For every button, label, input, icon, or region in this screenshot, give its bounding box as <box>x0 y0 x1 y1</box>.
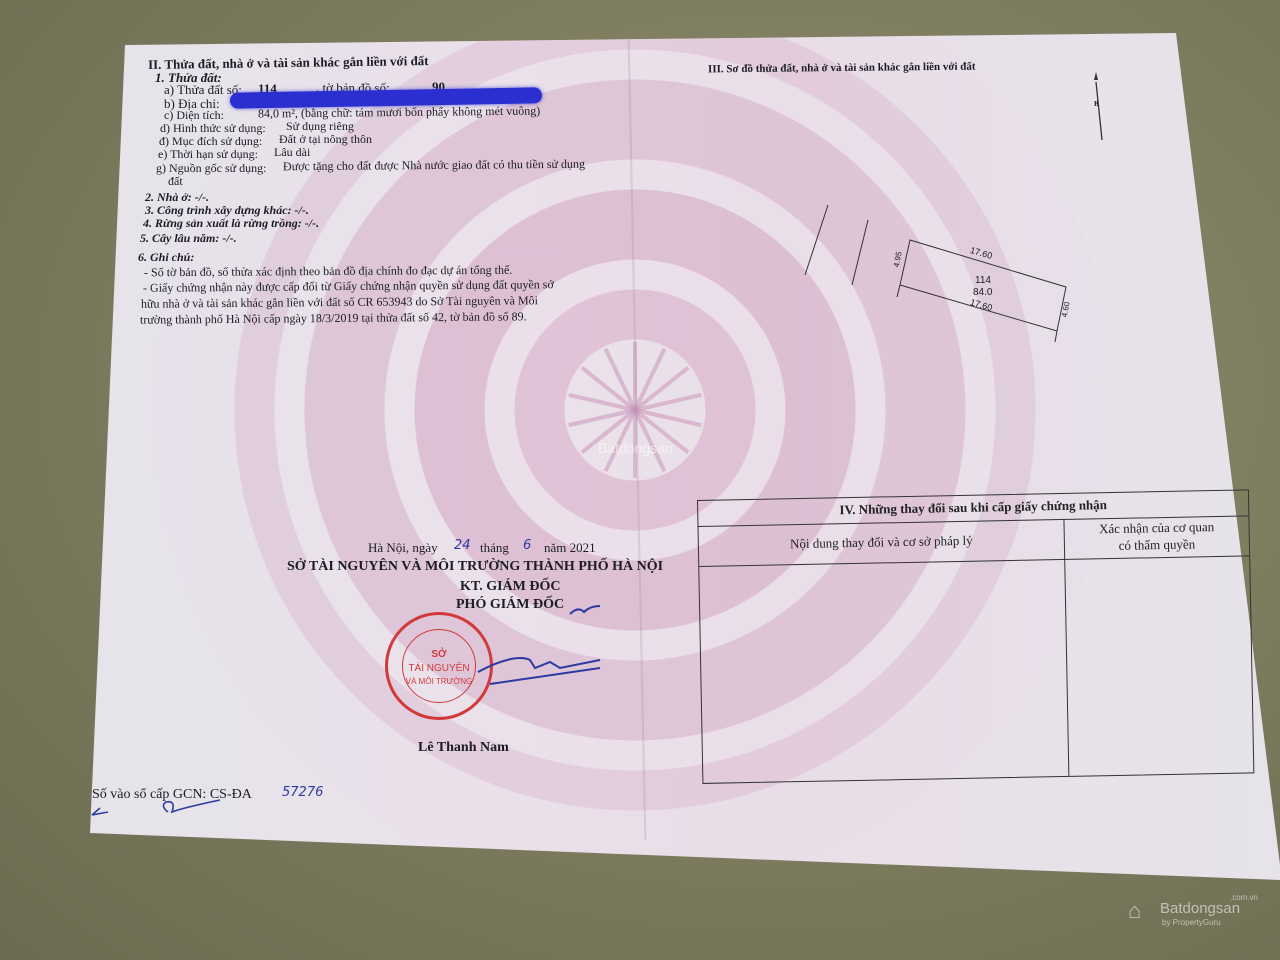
plot-parcel-no: 114 <box>975 275 991 286</box>
watermark-sub: by PropertyGuru <box>1162 918 1221 927</box>
registry-label: Số vào sổ cấp GCN: CS-ĐA <box>92 787 252 803</box>
col-header-confirm-line2: có thẩm quyền <box>1065 534 1249 555</box>
north-label: B <box>1094 100 1099 108</box>
plot-area: 84.0 <box>973 287 992 298</box>
ink-signature-and-plot <box>0 0 1280 960</box>
col-header-confirm: Xác nhận của cơ quan có thẩm quyền <box>1064 517 1249 555</box>
handwritten-tick <box>92 808 108 815</box>
center-watermark: Batdongsan <box>598 440 673 456</box>
north-arrow <box>1096 82 1102 140</box>
batdongsan-logo-icon: ⌂ <box>1128 898 1141 924</box>
signer-name: Lê Thanh Nam <box>418 740 509 756</box>
registry-number-handwritten: 57276 <box>282 785 323 800</box>
signature-mark <box>478 606 600 684</box>
col-header-changes: Nội dung thay đổi và cơ sở pháp lý <box>699 531 1064 554</box>
certificate-photo: II. Thửa đất, nhà ở và tài sản khác gắn … <box>0 0 1280 960</box>
watermark-brand: Batdongsan <box>1160 900 1240 917</box>
changes-table: IV. Những thay đổi sau khi cấp giấy chứn… <box>697 489 1254 784</box>
